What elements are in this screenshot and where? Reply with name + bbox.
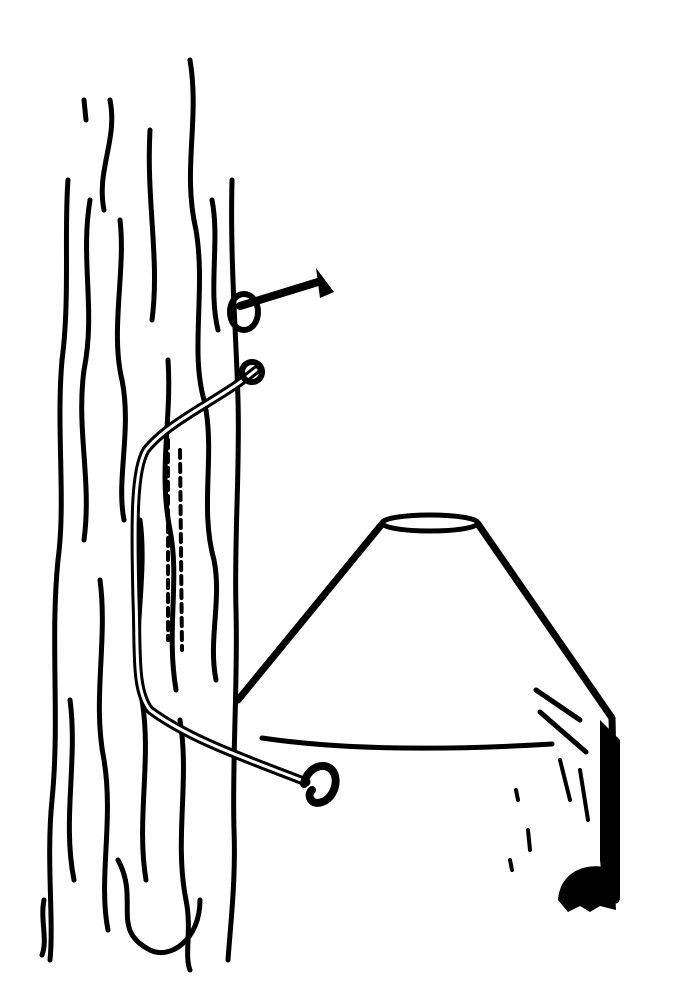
tree-trunk (42, 60, 238, 970)
nail (230, 268, 334, 330)
cone-bucket (238, 515, 620, 912)
tree-tapping-illustration (0, 0, 676, 1001)
wire-tube (135, 362, 306, 782)
